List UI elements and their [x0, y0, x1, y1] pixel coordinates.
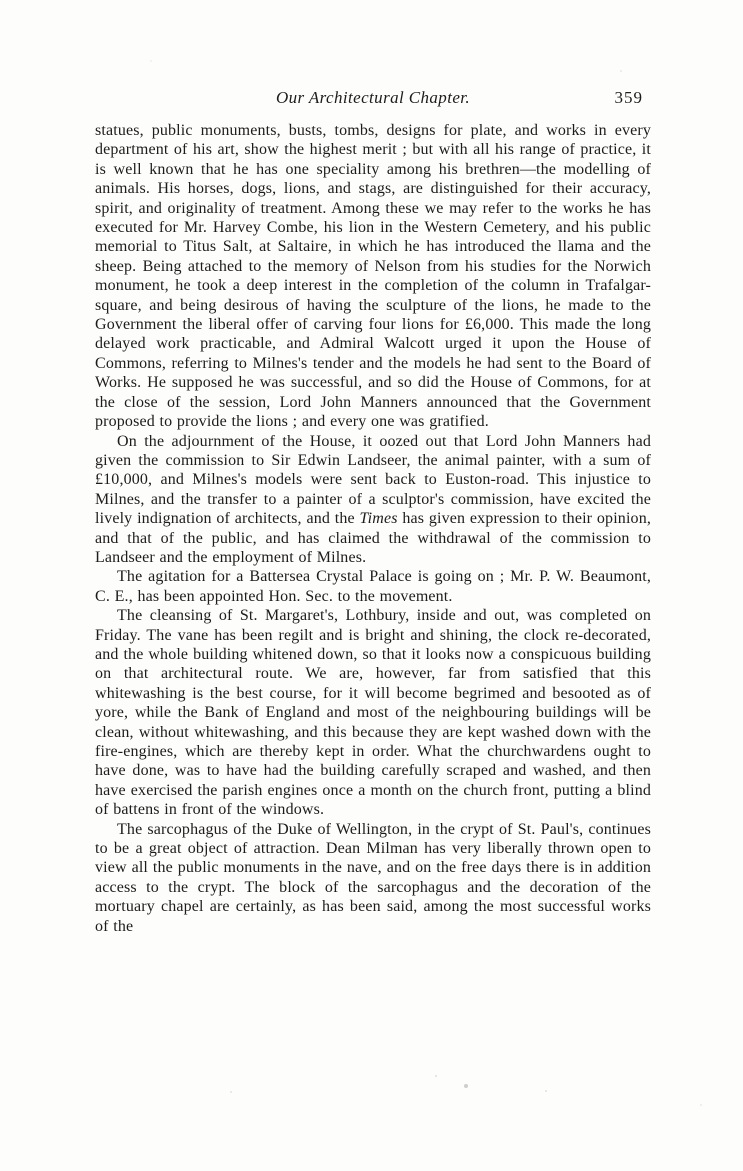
text-segment: The sarcophagus of the Duke of Wellingto…: [95, 821, 651, 935]
paragraph: The sarcophagus of the Duke of Wellingto…: [95, 820, 651, 936]
paragraph: On the adjournment of the House, it ooze…: [95, 432, 651, 568]
text-segment: The cleansing of St. Margaret's, Lothbur…: [95, 607, 651, 818]
paragraph: statues, public monuments, busts, tombs,…: [95, 121, 651, 432]
text-segment: The agitation for a Battersea Crystal Pa…: [95, 568, 651, 604]
running-header: Our Architectural Chapter. 359: [95, 88, 651, 110]
paragraph: The cleansing of St. Margaret's, Lothbur…: [95, 606, 651, 819]
page-number: 359: [615, 88, 644, 108]
body-text-column: statues, public monuments, busts, tombs,…: [95, 121, 651, 936]
scan-noise-specks: [0, 0, 2, 2]
scanned-document-page: Our Architectural Chapter. 359 statues, …: [0, 0, 743, 1171]
paragraph: The agitation for a Battersea Crystal Pa…: [95, 567, 651, 606]
running-header-title: Our Architectural Chapter.: [95, 88, 651, 108]
text-segment-italic: Times: [360, 510, 398, 527]
text-segment: statues, public monuments, busts, tombs,…: [95, 122, 651, 430]
